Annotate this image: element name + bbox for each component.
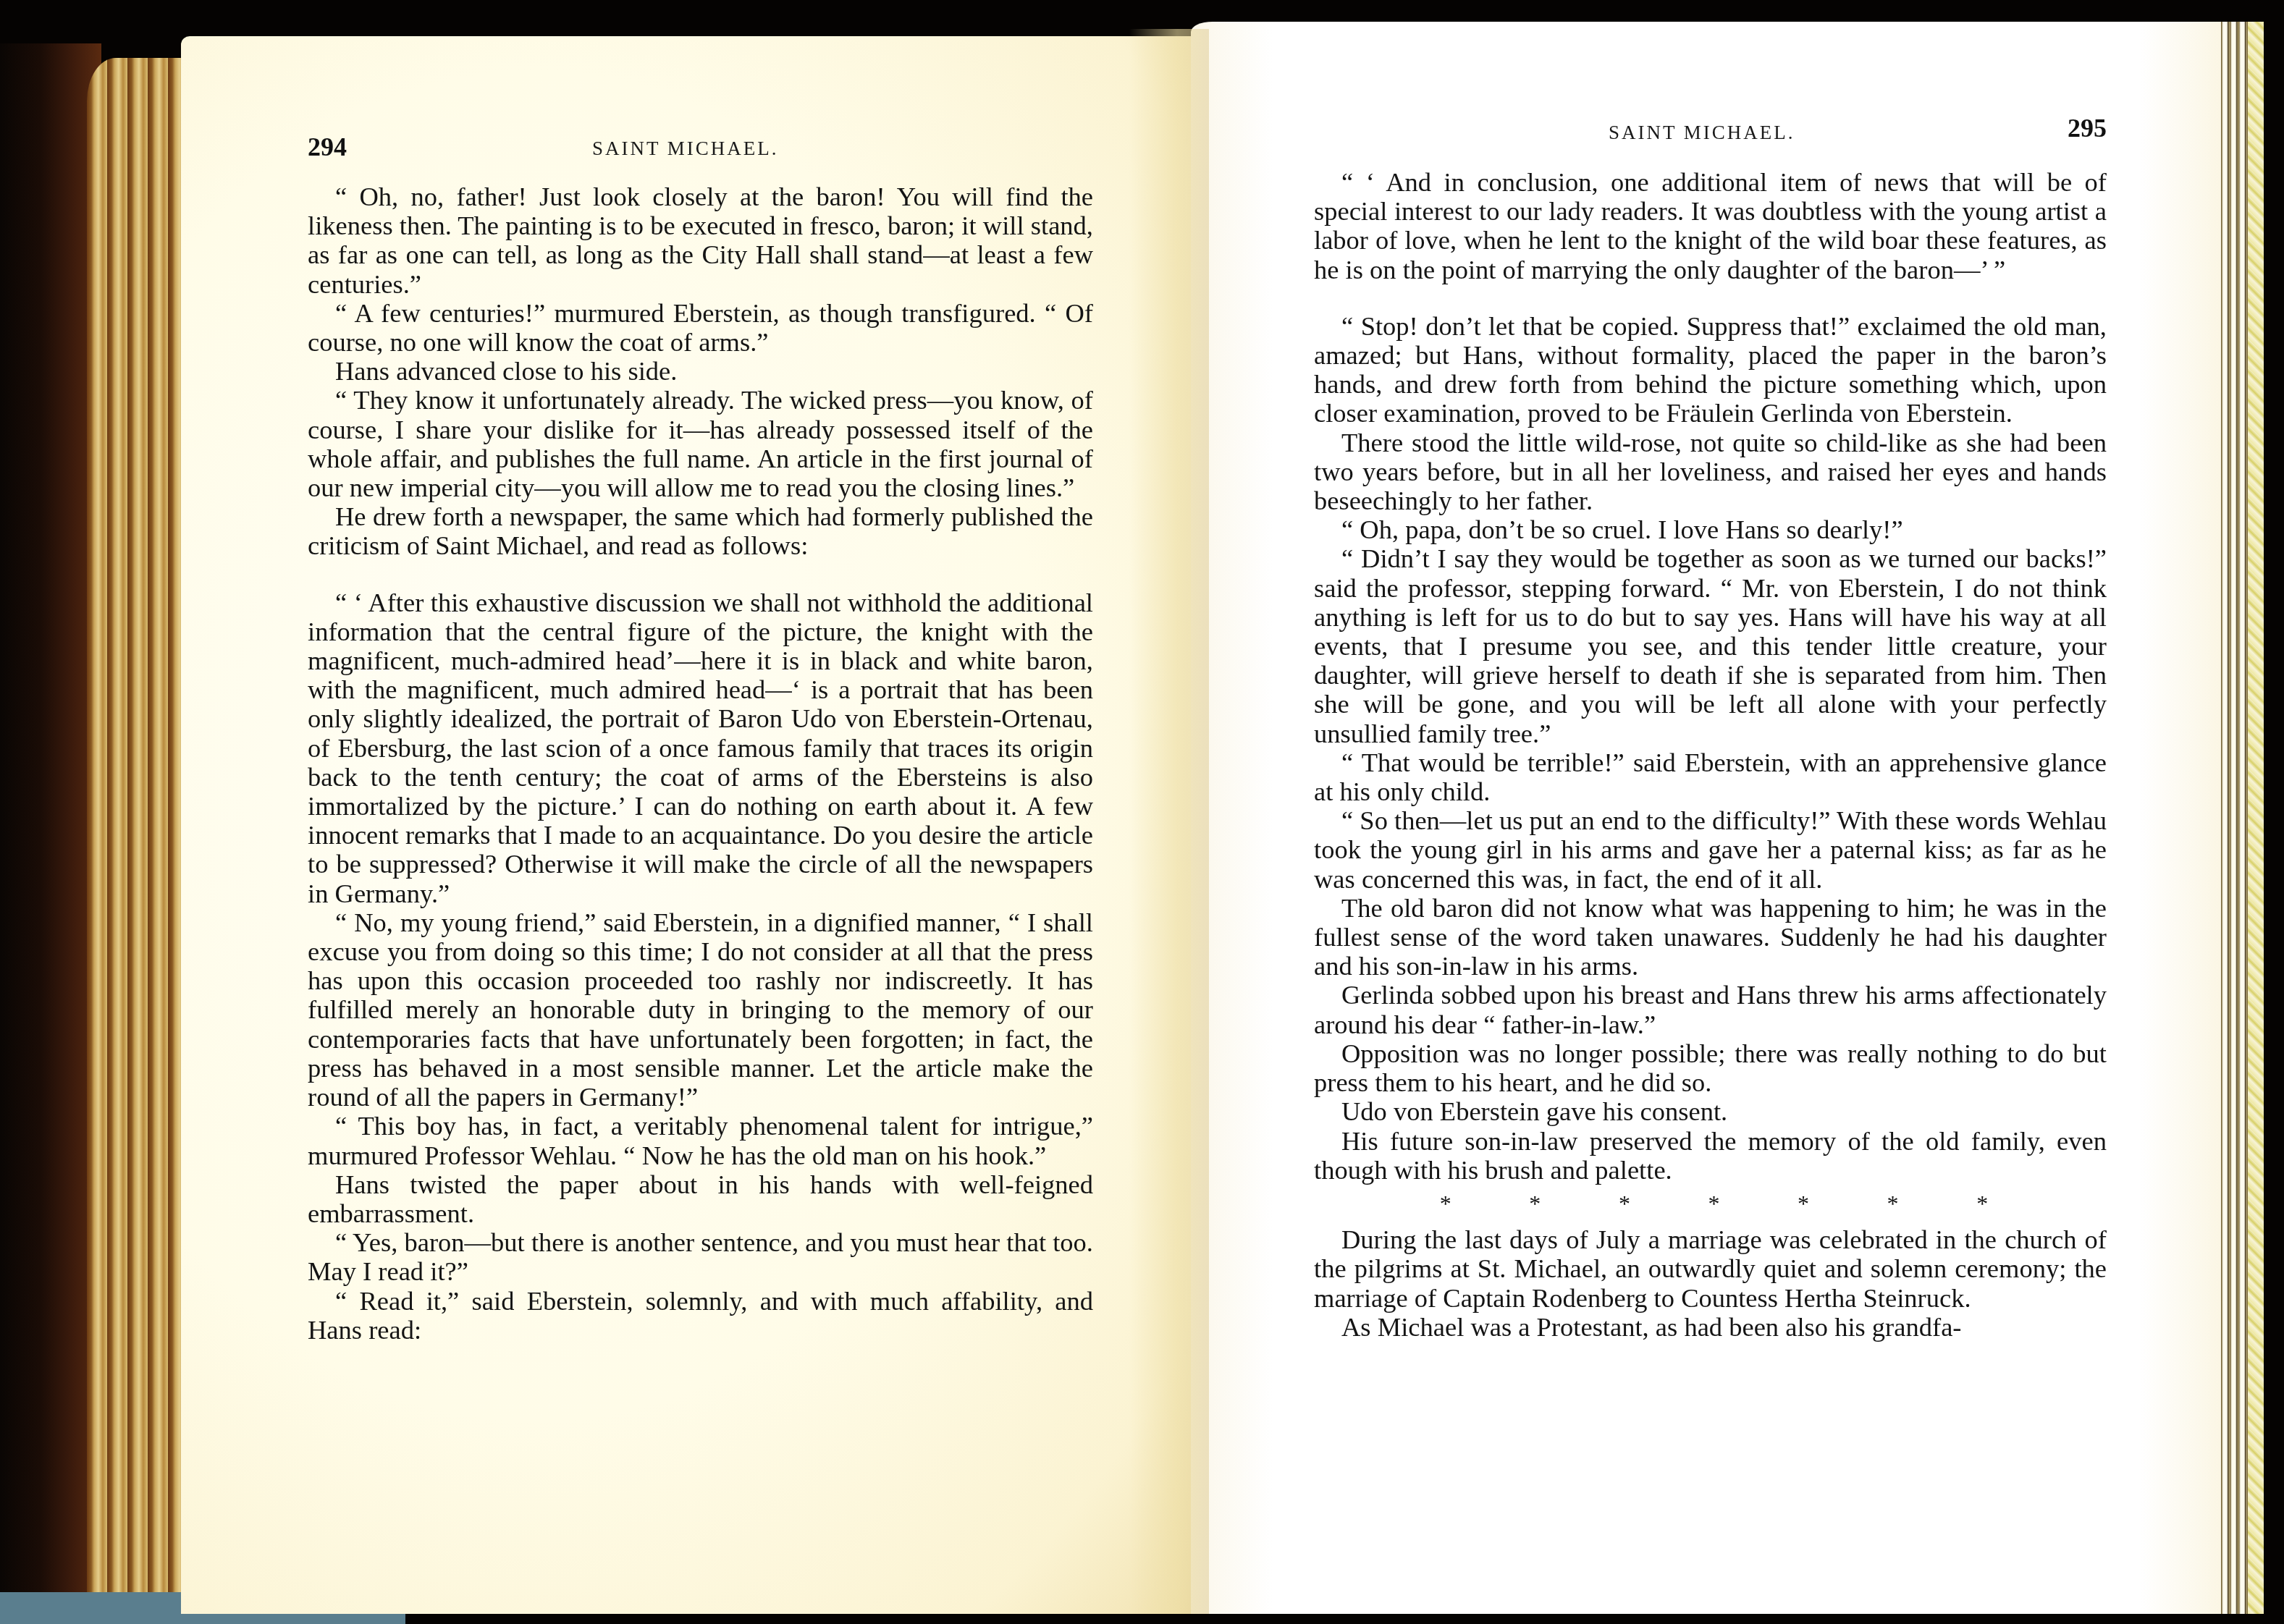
running-title-right: SAINT MICHAEL. <box>1609 122 1795 144</box>
asterisk: * <box>1798 1189 1809 1218</box>
paragraph: “ So then—let us put an end to the diffi… <box>1314 806 2107 894</box>
paragraph: Hans twisted the paper about in his hand… <box>308 1170 1093 1228</box>
paragraph: “ They know it unfortunately already. Th… <box>308 386 1093 502</box>
page-edges-right <box>2221 22 2250 1614</box>
paragraph: “ No, my young friend,” said Eberstein, … <box>308 908 1093 1112</box>
section-break: * * * * * * * <box>1314 1189 2107 1218</box>
paragraph: “ Stop! don’t let that be copied. Suppre… <box>1314 312 2107 428</box>
asterisk: * <box>1529 1189 1541 1218</box>
paragraph: “ Oh, papa, don’t be so cruel. I love Ha… <box>1314 515 2107 544</box>
paragraph: Opposition was no longer possible; there… <box>1314 1039 2107 1097</box>
paragraph: During the last days of July a marriage … <box>1314 1225 2107 1313</box>
running-title-left: SAINT MICHAEL. <box>592 138 779 160</box>
page-number-left: 294 <box>308 132 347 162</box>
asterisk: * <box>1440 1189 1451 1218</box>
paragraph: His future son-in-law preserved the memo… <box>1314 1127 2107 1185</box>
paragraph: As Michael was a Protestant, as had been… <box>1314 1313 2107 1342</box>
asterisk: * <box>1976 1189 1988 1218</box>
paragraph: “ Read it,” said Eberstein, solemnly, an… <box>308 1287 1093 1345</box>
paragraph: “ A few centuries!” murmured Eberstein, … <box>308 299 1093 357</box>
paragraph: “ That would be terrible!” said Eberstei… <box>1314 748 2107 806</box>
asterisk: * <box>1708 1189 1719 1218</box>
left-page-text: “ Oh, no, father! Just look closely at t… <box>308 182 1093 1345</box>
page-number-right: 295 <box>2068 113 2107 143</box>
paragraph: “ Yes, baron—but there is another senten… <box>308 1228 1093 1286</box>
paragraph: Gerlinda sobbed upon his breast and Hans… <box>1314 981 2107 1039</box>
book-gutter <box>1129 29 1209 1614</box>
paragraph: “ Didn’t I say they would be together as… <box>1314 544 2107 748</box>
paragraph: He drew forth a newspaper, the same whic… <box>308 502 1093 560</box>
page-edges-left <box>87 58 188 1621</box>
marbled-endpaper <box>2248 22 2264 1614</box>
paragraph: “ Oh, no, father! Just look closely at t… <box>308 182 1093 299</box>
paragraph-quoted-article: “ ‘ And in conclusion, one additional it… <box>1314 168 2107 284</box>
paragraph: There stood the little wild-rose, not qu… <box>1314 428 2107 516</box>
asterisk: * <box>1619 1189 1630 1218</box>
paragraph: The old baron did not know what was happ… <box>1314 894 2107 981</box>
right-page-text: “ ‘ And in conclusion, one additional it… <box>1314 168 2107 1342</box>
asterisk: * <box>1887 1189 1899 1218</box>
paragraph: “ This boy has, in fact, a veritably phe… <box>308 1112 1093 1170</box>
paragraph-quoted-article: “ ‘ After this exhaustive discussion we … <box>308 588 1093 908</box>
paragraph: Hans advanced close to his side. <box>308 357 1093 386</box>
paragraph: Udo von Eberstein gave his consent. <box>1314 1097 2107 1126</box>
book-cover-left <box>0 43 101 1621</box>
